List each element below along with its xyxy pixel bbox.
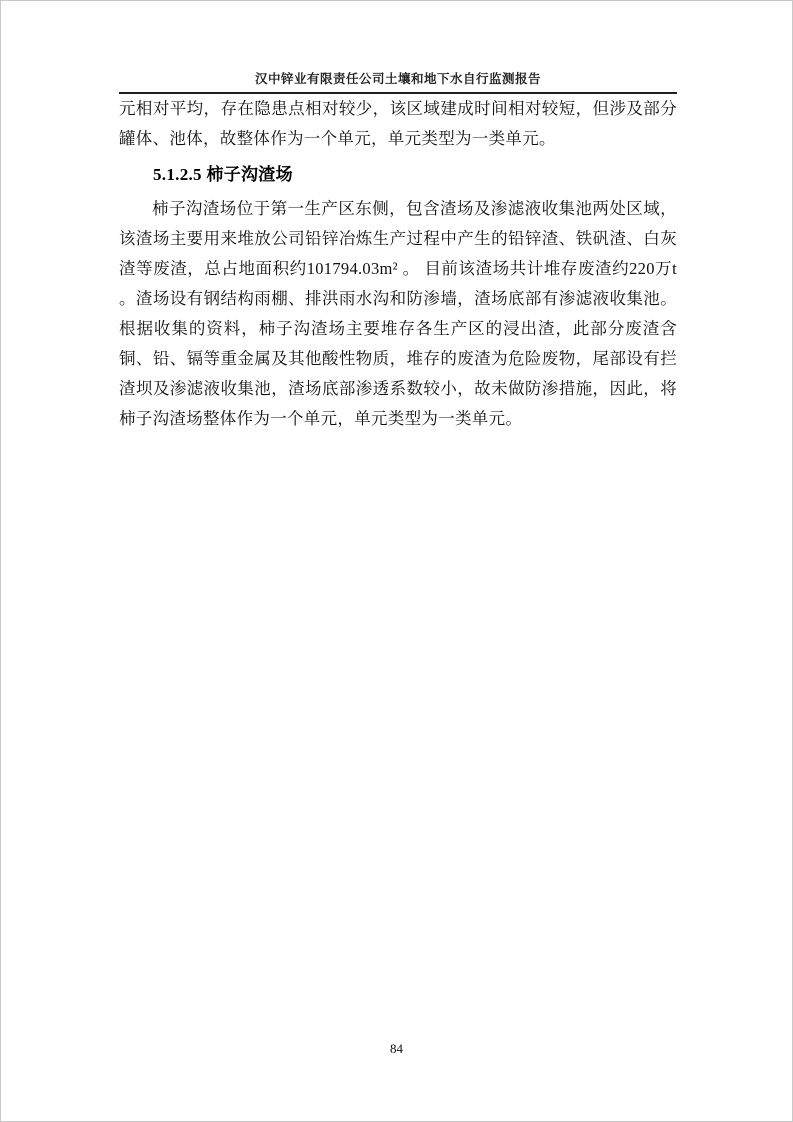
page-footer: 84 xyxy=(1,1041,792,1057)
paragraph-continuation: 元相对平均，存在隐患点相对较少，该区域建成时间相对较短，但涉及部分罐体、池体，故… xyxy=(119,94,677,154)
document-content: 元相对平均，存在隐患点相对较少，该区域建成时间相对较短，但涉及部分罐体、池体，故… xyxy=(119,94,677,434)
section-heading: 5.1.2.5 柿子沟渣场 xyxy=(119,160,677,190)
page-header-title: 汉中锌业有限责任公司土壤和地下水自行监测报告 xyxy=(255,72,541,86)
document-page: 汉中锌业有限责任公司土壤和地下水自行监测报告 元相对平均，存在隐患点相对较少，该… xyxy=(0,0,793,1122)
page-number: 84 xyxy=(390,1041,403,1056)
paragraph-body: 柿子沟渣场位于第一生产区东侧，包含渣场及渗滤液收集池两处区域，该渣场主要用来堆放… xyxy=(119,194,677,434)
page-header: 汉中锌业有限责任公司土壤和地下水自行监测报告 xyxy=(119,69,677,94)
